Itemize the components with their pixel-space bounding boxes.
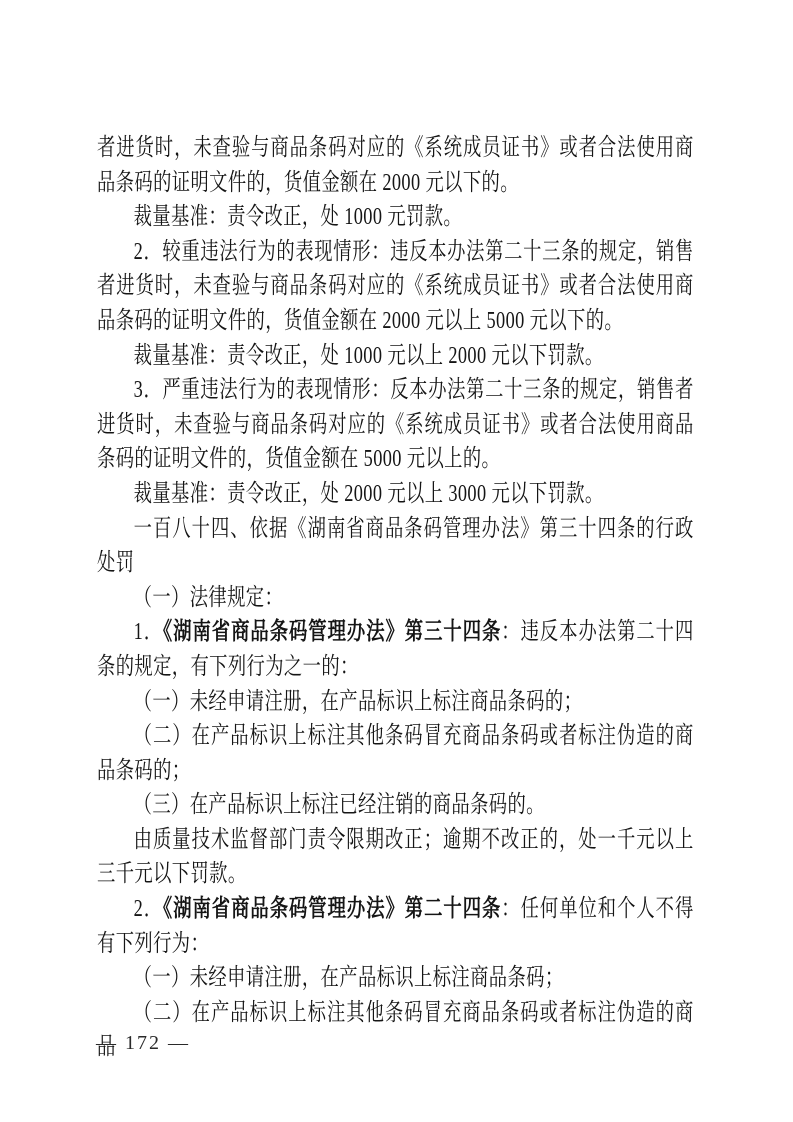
paragraph: （一）法律规定： [97,581,694,616]
paragraph: （一）未经申请注册，在产品标识上标注商品条码； [97,961,694,996]
paragraph: 裁量基准：责令改正，处 2000 元以上 3000 元以下罚款。 [97,477,694,512]
bold-text-run: 《湖南省商品条码管理办法》第二十四条 [163,896,501,922]
document-body: 者进货时，未查验与商品条码对应的《系统成员证书》或者合法使用商品条码的证明文件的… [97,131,694,1065]
text-run: 裁量基准：责令改正，处 1000 元罚款。 [134,204,462,230]
paragraph: 者进货时，未查验与商品条码对应的《系统成员证书》或者合法使用商品条码的证明文件的… [97,131,694,200]
document-page: 者进货时，未查验与商品条码对应的《系统成员证书》或者合法使用商品条码的证明文件的… [0,0,793,1122]
paragraph: 3．严重违法行为的表现情形：反本办法第二十三条的规定，销售者进货时，未查验与商品… [97,373,694,477]
paragraph: 裁量基准：责令改正，处 1000 元以上 2000 元以下罚款。 [97,339,694,374]
paragraph: 2．《湖南省商品条码管理办法》第二十四条：任何单位和个人不得有下列行为： [97,892,694,961]
page-number: — 172 — [96,1032,190,1054]
paragraph: 2．较重违法行为的表现情形：违反本办法第二十三条的规定，销售者进货时，未查验与商… [97,235,694,339]
text-run: （二）在产品标识上标注其他条码冒充商品条码或者标注伪造的商品条码的； [97,723,694,784]
text-run: 2． [134,896,163,922]
paragraph: （三）在产品标识上标注已经注销的商品条码的。 [97,788,694,823]
text-run: 由质量技术监督部门责令限期改正；逾期不改正的，处一千元以上三千元以下罚款。 [97,827,694,888]
text-run: （三）在产品标识上标注已经注销的商品条码的。 [134,792,545,818]
text-run: 裁量基准：责令改正，处 1000 元以上 2000 元以下罚款。 [134,343,604,369]
paragraph: （二）在产品标识上标注其他条码冒充商品条码或者标注伪造的商品条码的； [97,719,694,788]
paragraph: （一）未经申请注册，在产品标识上标注商品条码的； [97,685,694,720]
text-run: 1． [134,619,163,645]
text-run: （一）法律规定： [134,585,284,611]
paragraph: 1．《湖南省商品条码管理办法》第三十四条：违反本办法第二十四条的规定，有下列行为… [97,615,694,684]
text-run: 者进货时，未查验与商品条码对应的《系统成员证书》或者合法使用商品条码的证明文件的… [97,135,694,196]
paragraph: 由质量技术监督部门责令限期改正；逾期不改正的，处一千元以上三千元以下罚款。 [97,823,694,892]
text-run: （一）未经申请注册，在产品标识上标注商品条码的； [134,689,583,715]
text-run: 3．严重违法行为的表现情形：反本办法第二十三条的规定，销售者进货时，未查验与商品… [97,377,694,472]
text-run: （一）未经申请注册，在产品标识上标注商品条码； [134,965,564,991]
paragraph: 裁量基准：责令改正，处 1000 元罚款。 [97,200,694,235]
text-run: 裁量基准：责令改正，处 2000 元以上 3000 元以下罚款。 [134,481,604,507]
paragraph: 一百八十四、依据《湖南省商品条码管理办法》第三十四条的行政处罚 [97,512,694,581]
page-footer: — 172 — [96,1031,190,1055]
bold-text-run: 《湖南省商品条码管理办法》第三十四条 [163,619,501,645]
text-run: 一百八十四、依据《湖南省商品条码管理办法》第三十四条的行政处罚 [97,516,694,577]
text-run: 2．较重违法行为的表现情形：违反本办法第二十三条的规定，销售者进货时，未查验与商… [97,239,694,334]
